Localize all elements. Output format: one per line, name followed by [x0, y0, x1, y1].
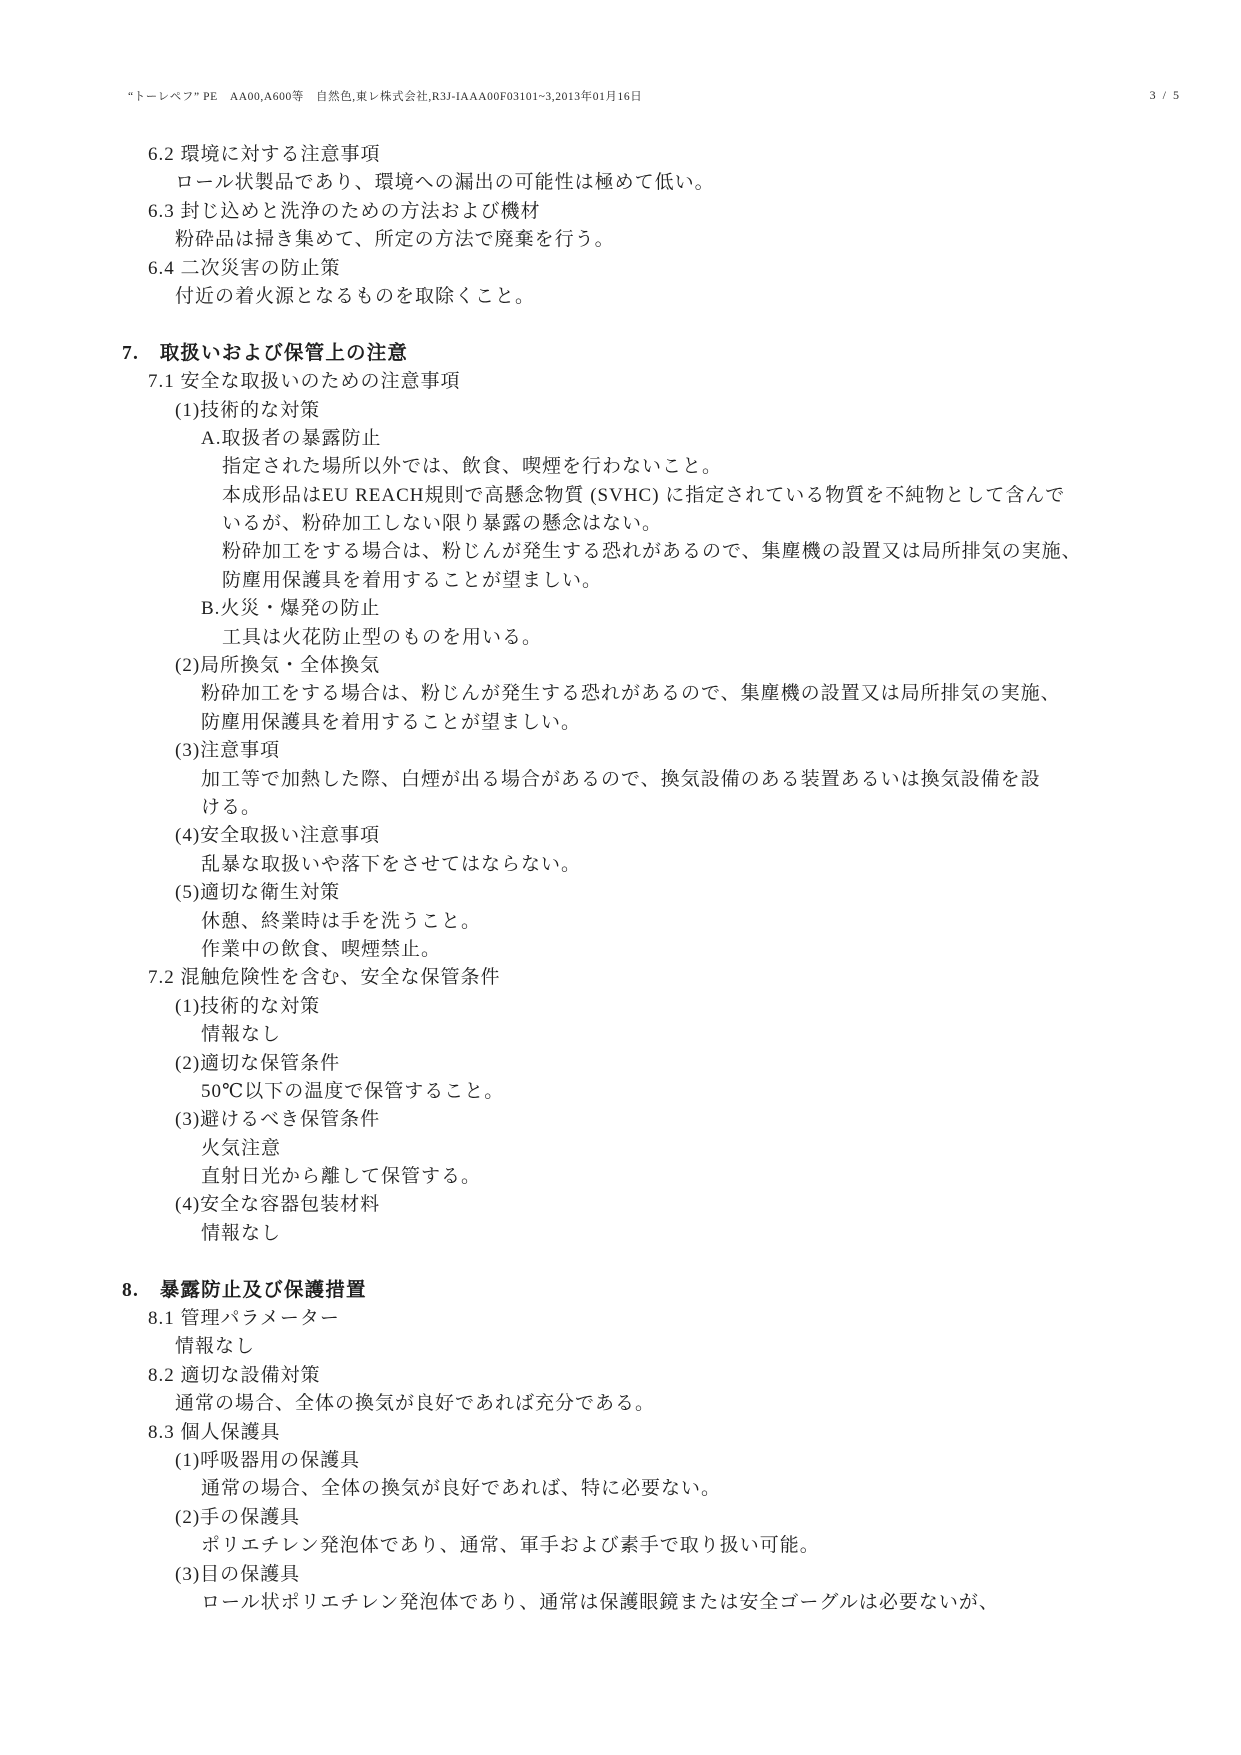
- text-line: (2)適切な保管条件: [122, 1050, 1213, 1078]
- text-line: 8.1 管理パラメーター: [122, 1305, 1213, 1333]
- blank-line: [122, 1248, 1213, 1276]
- text-line: 情報なし: [122, 1021, 1213, 1049]
- text-line: (1)技術的な対策: [122, 397, 1213, 425]
- text-line: 通常の場合、全体の換気が良好であれば、特に必要ない。: [122, 1475, 1213, 1503]
- text-line: 8.2 適切な設備対策: [122, 1362, 1213, 1390]
- text-line: 防塵用保護具を着用することが望ましい。: [122, 709, 1213, 737]
- text-line: (5)適切な衛生対策: [122, 879, 1213, 907]
- text-line: (3)目の保護具: [122, 1561, 1213, 1589]
- text-line: A.取扱者の暴露防止: [122, 425, 1213, 453]
- document-page: “トーレペフ” PE AA00,A600等 自然色,東レ株式会社,R3J-IAA…: [0, 0, 1241, 1755]
- text-line: 火気注意: [122, 1135, 1213, 1163]
- text-line: ロール状ポリエチレン発泡体であり、通常は保護眼鏡または安全ゴーグルは必要ないが、: [122, 1589, 1213, 1617]
- text-line: 6.2 環境に対する注意事項: [122, 141, 1213, 169]
- document-body: 6.2 環境に対する注意事項ロール状製品であり、環境への漏出の可能性は極めて低い…: [122, 141, 1213, 1617]
- page-number: 3 / 5: [1150, 88, 1181, 103]
- text-line: 加工等で加熱した際、白煙が出る場合があるので、換気設備のある装置あるいは換気設備…: [122, 766, 1213, 794]
- text-line: 7.1 安全な取扱いのための注意事項: [122, 368, 1213, 396]
- section-heading: 8. 暴露防止及び保護措置: [122, 1277, 1213, 1305]
- text-line: 防塵用保護具を着用することが望ましい。: [122, 567, 1213, 595]
- text-line: (3)注意事項: [122, 737, 1213, 765]
- text-line: 直射日光から離して保管する。: [122, 1163, 1213, 1191]
- text-line: 7.2 混触危険性を含む、安全な保管条件: [122, 964, 1213, 992]
- text-line: (4)安全取扱い注意事項: [122, 822, 1213, 850]
- text-line: (1)技術的な対策: [122, 993, 1213, 1021]
- text-line: 乱暴な取扱いや落下をさせてはならない。: [122, 851, 1213, 879]
- text-line: ロール状製品であり、環境への漏出の可能性は極めて低い。: [122, 169, 1213, 197]
- text-line: いるが、粉砕加工しない限り暴露の懸念はない。: [122, 510, 1213, 538]
- text-line: 6.3 封じ込めと洗浄のための方法および機材: [122, 198, 1213, 226]
- section-heading: 7. 取扱いおよび保管上の注意: [122, 340, 1213, 368]
- header-product-info: “トーレペフ” PE AA00,A600等 自然色,東レ株式会社,R3J-IAA…: [128, 88, 642, 104]
- text-line: 粉砕加工をする場合は、粉じんが発生する恐れがあるので、集塵機の設置又は局所排気の…: [122, 538, 1213, 566]
- text-line: 工具は火花防止型のものを用いる。: [122, 624, 1213, 652]
- text-line: ける。: [122, 794, 1213, 822]
- text-line: 作業中の飲食、喫煙禁止。: [122, 936, 1213, 964]
- text-line: 粉砕加工をする場合は、粉じんが発生する恐れがあるので、集塵機の設置又は局所排気の…: [122, 680, 1213, 708]
- text-line: (3)避けるべき保管条件: [122, 1106, 1213, 1134]
- text-line: (4)安全な容器包装材料: [122, 1191, 1213, 1219]
- text-line: 粉砕品は掃き集めて、所定の方法で廃棄を行う。: [122, 226, 1213, 254]
- text-line: (2)局所換気・全体換気: [122, 652, 1213, 680]
- page-header: “トーレペフ” PE AA00,A600等 自然色,東レ株式会社,R3J-IAA…: [128, 88, 1181, 104]
- text-line: (1)呼吸器用の保護具: [122, 1447, 1213, 1475]
- blank-line: [122, 311, 1213, 339]
- text-line: 情報なし: [122, 1333, 1213, 1361]
- text-line: 休憩、終業時は手を洗うこと。: [122, 908, 1213, 936]
- text-line: 8.3 個人保護具: [122, 1419, 1213, 1447]
- text-line: 50℃以下の温度で保管すること。: [122, 1078, 1213, 1106]
- text-line: B.火災・爆発の防止: [122, 595, 1213, 623]
- text-line: 付近の着火源となるものを取除くこと。: [122, 283, 1213, 311]
- text-line: ポリエチレン発泡体であり、通常、軍手および素手で取り扱い可能。: [122, 1532, 1213, 1560]
- text-line: (2)手の保護具: [122, 1504, 1213, 1532]
- text-line: 指定された場所以外では、飲食、喫煙を行わないこと。: [122, 453, 1213, 481]
- text-line: 情報なし: [122, 1220, 1213, 1248]
- text-line: 通常の場合、全体の換気が良好であれば充分である。: [122, 1390, 1213, 1418]
- text-line: 本成形品はEU REACH規則で高懸念物質 (SVHC) に指定されている物質を…: [122, 482, 1213, 510]
- text-line: 6.4 二次災害の防止策: [122, 255, 1213, 283]
